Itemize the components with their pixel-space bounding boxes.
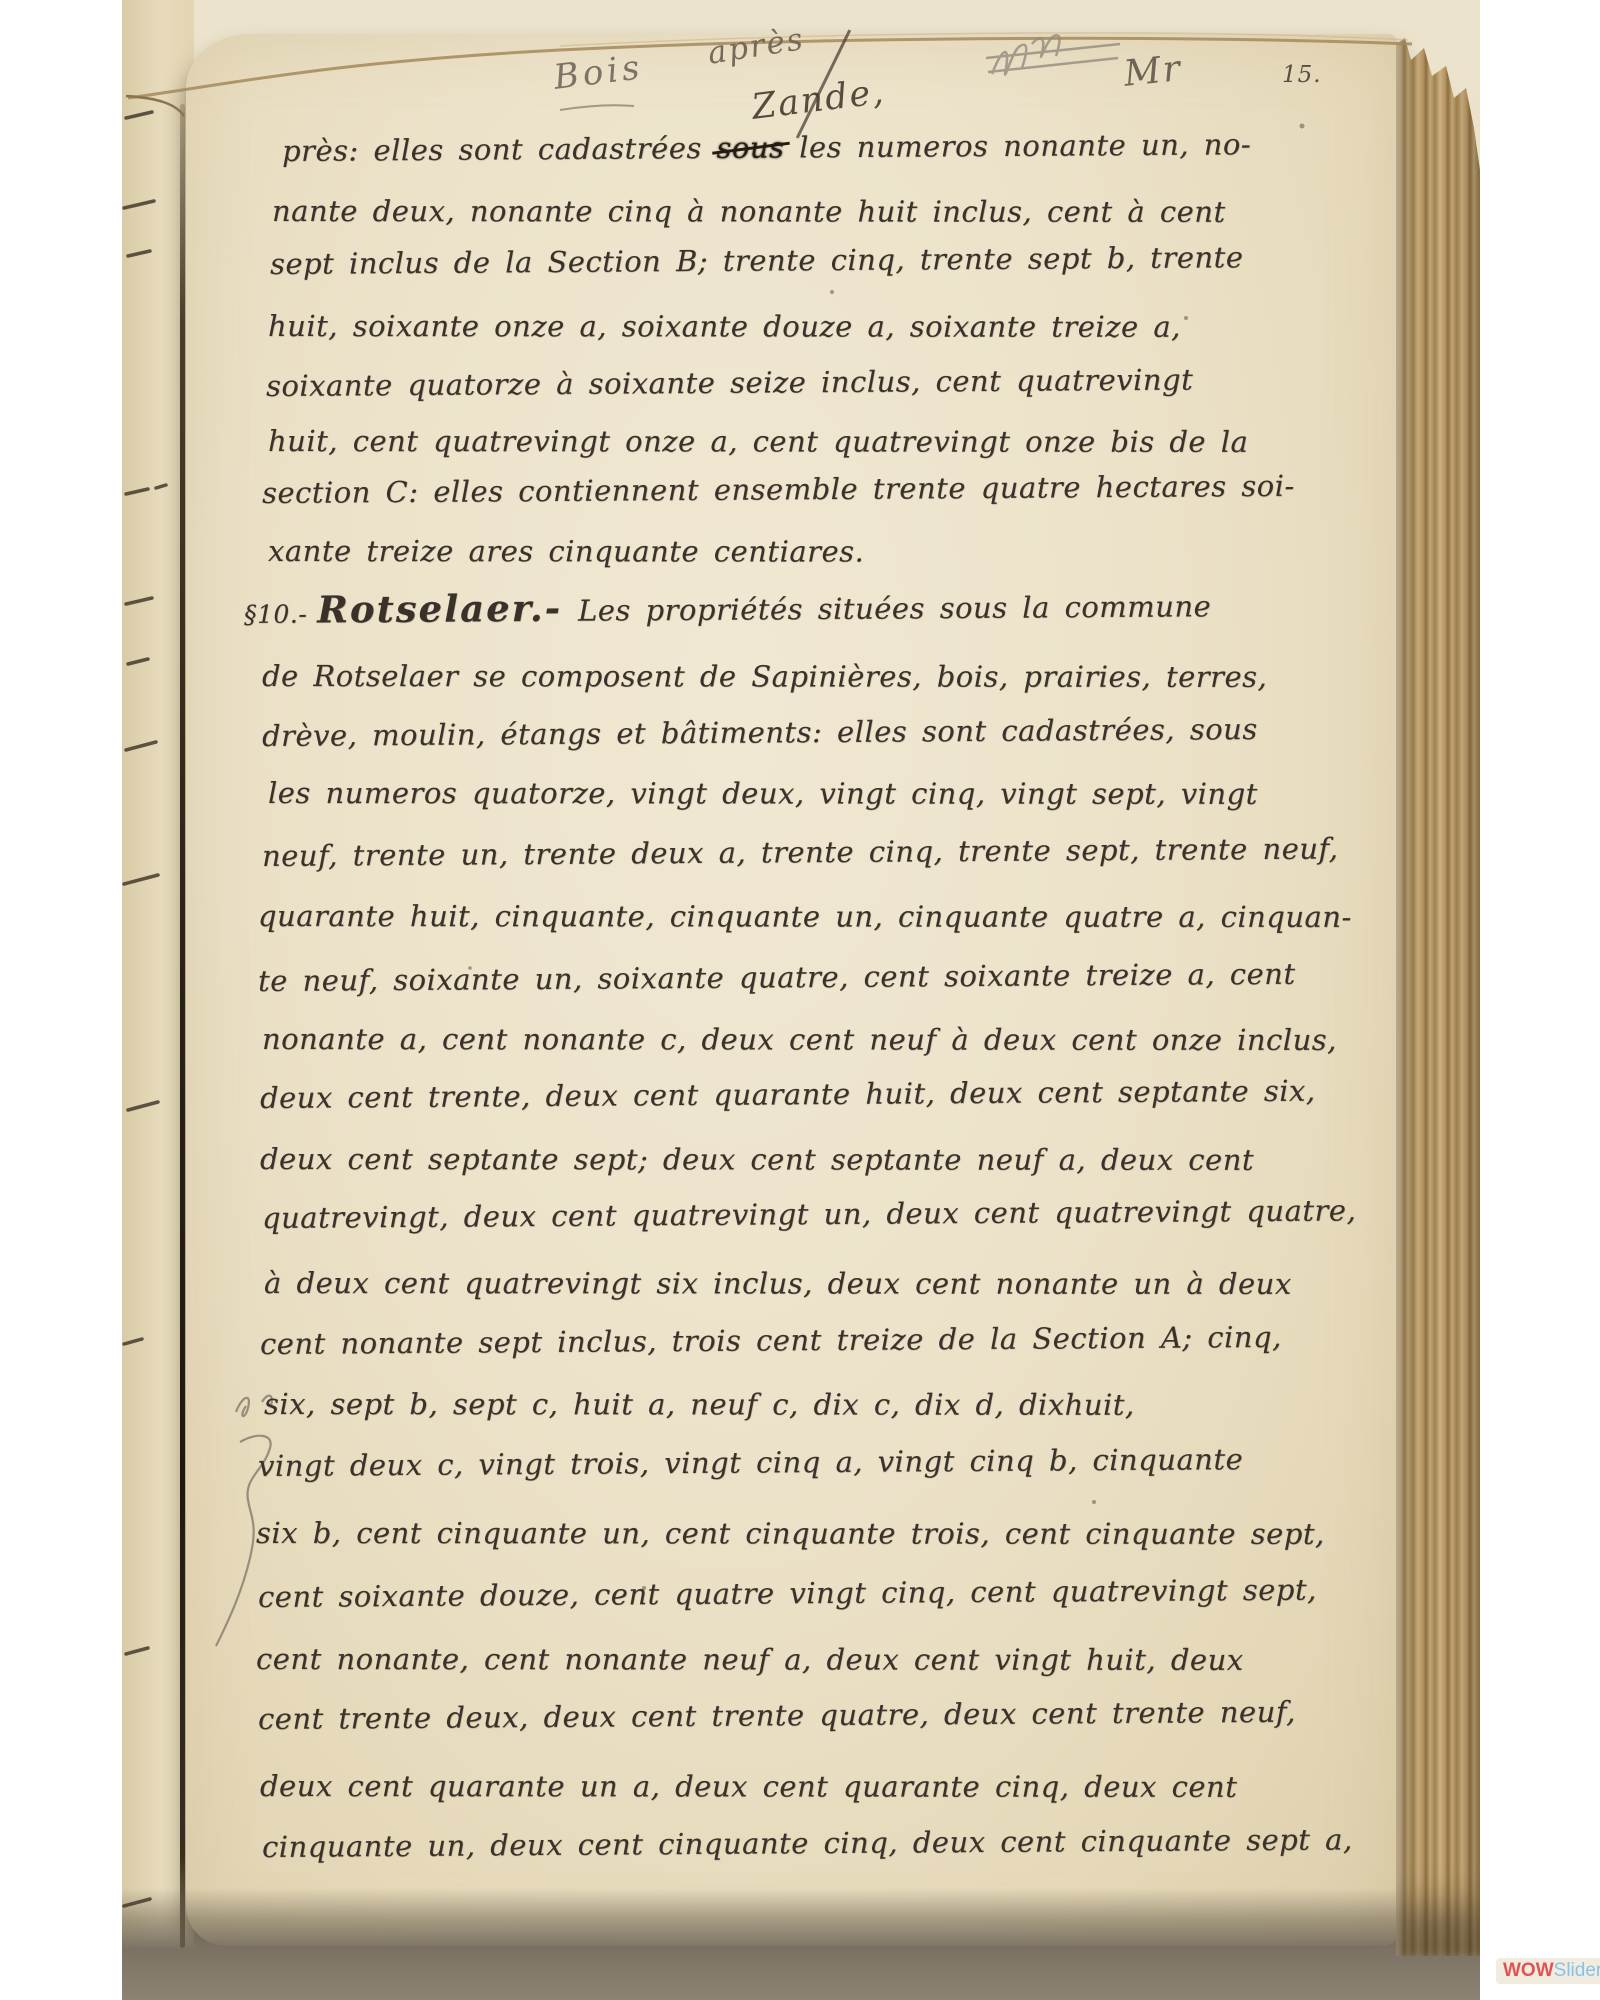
manuscript-line: huit, cent quatrevingt onze a, cent quat… <box>268 424 1248 459</box>
manuscript-line: drève, moulin, étangs et bâtiments: elle… <box>262 712 1258 753</box>
line1-struck-word: sous <box>716 130 784 164</box>
manuscript-line: soixante quatorze à soixante seize inclu… <box>266 363 1193 403</box>
manuscript-line: te neuf, soixante un, soixante quatre, c… <box>258 957 1296 998</box>
manuscript-photo-page: Bois après Zande, Mr 15. près: elles son… <box>0 0 1600 2000</box>
book-fore-edge-pages <box>1396 30 1480 1956</box>
manuscript-line: six b, cent cinquante un, cent cinquante… <box>256 1516 1325 1551</box>
section-marker: §10.- <box>244 600 307 629</box>
manuscript-line: vingt deux c, vingt trois, vingt cinq a,… <box>258 1442 1243 1483</box>
table-shadow-band <box>122 1888 1480 2000</box>
manuscript-line: six, sept b, sept c, huit a, neuf c, dix… <box>264 1387 1135 1422</box>
watermark-slider: Slider <box>1554 1960 1600 1981</box>
section-place-name: Rotselaer.- <box>317 586 562 632</box>
manuscript-line: quarante huit, cinquante, cinquante un, … <box>258 899 1352 934</box>
watermark-wow: WOW <box>1503 1960 1554 1981</box>
manuscript-line: cent nonante sept inclus, trois cent tre… <box>260 1320 1282 1361</box>
wowslider-watermark[interactable]: WOWSlider <box>1496 1958 1600 1984</box>
manuscript-line: à deux cent quatrevingt six inclus, deux… <box>264 1266 1292 1301</box>
manuscript-line: les numeros quatorze, vingt deux, vingt … <box>268 776 1258 811</box>
manuscript-line: huit, soixante onze a, soixante douze a,… <box>268 309 1181 344</box>
manuscript-line: deux cent septante sept; deux cent septa… <box>260 1142 1254 1177</box>
manuscript-line-section-heading: §10.-Rotselaer.-Les propriétés situées s… <box>244 581 1212 632</box>
manuscript-line: cent trente deux, deux cent trente quatr… <box>258 1695 1296 1736</box>
manuscript-line: cent nonante, cent nonante neuf a, deux … <box>256 1642 1244 1677</box>
manuscript-line: section C: elles contiennent ensemble tr… <box>262 469 1295 510</box>
manuscript-line: deux cent quarante un a, deux cent quara… <box>260 1769 1237 1804</box>
manuscript-line: sept inclus de la Section B; trente cinq… <box>270 240 1244 281</box>
book-gutter-fold <box>180 104 185 1948</box>
manuscript-line: de Rotselaer se composent de Sapinières,… <box>262 659 1267 694</box>
section-rest: Les propriétés situées sous la commune <box>578 589 1211 627</box>
line1-post: les numeros nonante un, no- <box>784 127 1251 164</box>
header-annotation-mr: Mr <box>1122 48 1184 95</box>
manuscript-line: nonante a, cent nonante c, deux cent neu… <box>262 1022 1337 1057</box>
manuscript-line: xante treize ares cinquante centiares. <box>268 534 864 569</box>
manuscript-line: nante deux, nonante cinq à nonante huit … <box>272 194 1226 229</box>
manuscript-line: près: elles sont cadastrées sous les num… <box>282 127 1251 168</box>
page-number: 15. <box>1282 62 1322 88</box>
line1-pre: près: elles sont cadastrées <box>282 131 717 168</box>
